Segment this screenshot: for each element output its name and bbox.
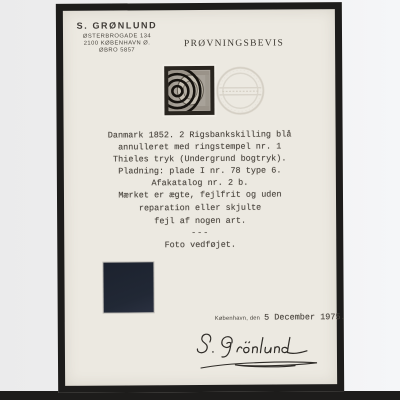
description-block: Danmark 1852. 2 Rigsbankskilling blå ann… <box>64 128 336 190</box>
scanned-certificate-image: { "colors": { "background_left": "#ebebe… <box>0 0 400 400</box>
letterhead: S. GRØNLUND ØSTERBROGADE 134 2100 KØBENH… <box>65 20 169 55</box>
photo-note: Foto vedføjet. <box>64 238 336 253</box>
cancelled-stamp-image <box>162 64 216 117</box>
attached-photo-square <box>103 262 153 312</box>
date-value: 5 December 1975. <box>264 312 346 322</box>
letterhead-phone: ØBRO 5857 <box>65 47 169 55</box>
date-line: København, den 5 December 1975. <box>215 312 346 323</box>
letterhead-name: S. GRØNLUND <box>65 20 169 31</box>
date-label: København, den <box>215 316 260 322</box>
certificate-title: PRØVNINGSBEVIS <box>181 38 287 49</box>
certificate-paper: S. GRØNLUND ØSTERBROGADE 134 2100 KØBENH… <box>63 9 337 386</box>
signature-s-gronlund <box>193 329 329 382</box>
attestation-block: Mærket er ægte, fejlfrit og uden reparat… <box>64 188 336 253</box>
document-frame: S. GRØNLUND ØSTERBROGADE 134 2100 KØBENH… <box>56 2 344 393</box>
embossed-seal <box>214 65 266 117</box>
